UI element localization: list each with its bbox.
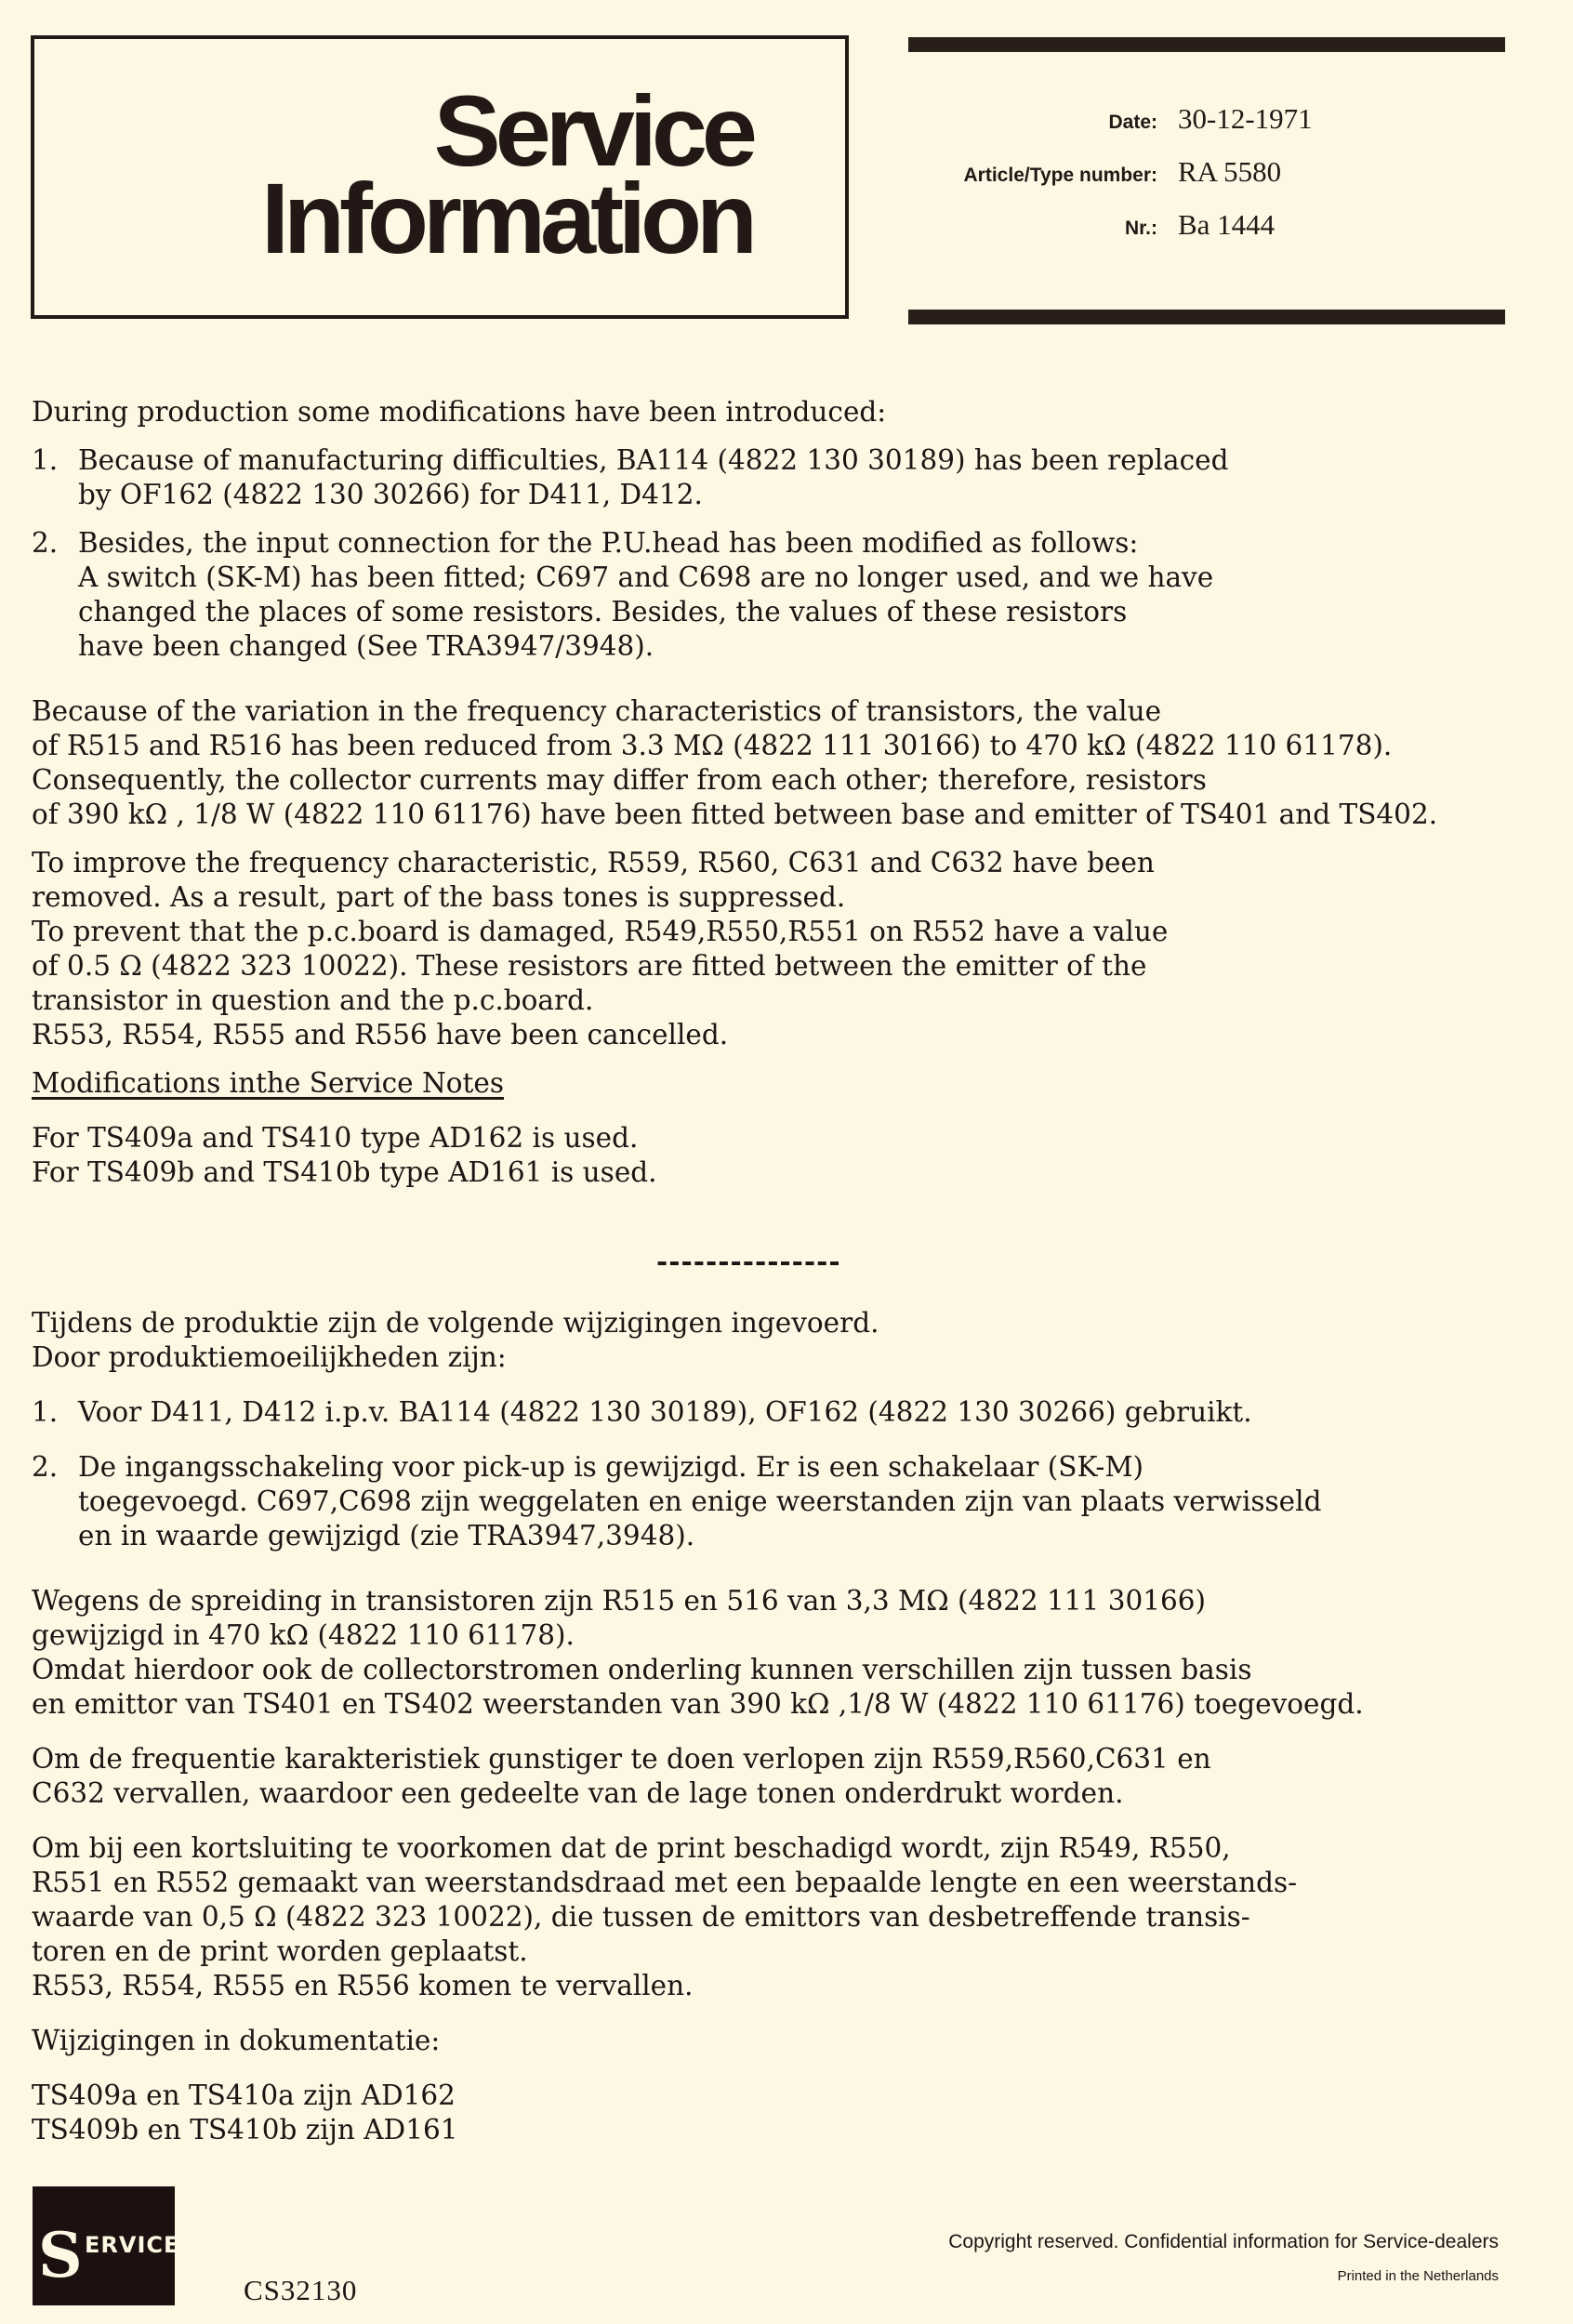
- item-text: Besides, the input connection for the P.…: [78, 526, 1213, 664]
- dutch-doc-lines: TS409a en TS410a zijn AD162 TS409b en TS…: [32, 2079, 1556, 2147]
- dutch-doc-heading: Wijzigingen in dokumentatie:: [32, 2024, 1556, 2058]
- section-separator: ---------------: [32, 1244, 1556, 1278]
- english-item-1: 1. Because of manufacturing difficulties…: [32, 443, 1556, 512]
- logo-text: ERVICE: [85, 2232, 179, 2258]
- dutch-para-transistors: Wegens de spreiding in transistoren zijn…: [32, 1584, 1556, 1722]
- english-notes-heading: Modifications inthe Service Notes: [32, 1066, 1556, 1101]
- english-item-2: 2. Besides, the input connection for the…: [32, 526, 1556, 664]
- english-notes-lines: For TS409a and TS410 type AD162 is used.…: [32, 1121, 1556, 1190]
- meta-value: RA 5580: [1178, 155, 1281, 189]
- document-title: Service Information: [261, 87, 752, 262]
- service-logo: S ERVICE: [33, 2186, 175, 2305]
- meta-label: Nr.:: [892, 218, 1178, 240]
- dutch-para-frequency: Om de frequentie karakteristiek gunstige…: [32, 1742, 1556, 1811]
- english-para-transistors: Because of the variation in the frequenc…: [32, 694, 1556, 832]
- title-line-information: Information: [261, 175, 752, 262]
- english-intro: During production some modifications hav…: [32, 395, 1556, 429]
- document-code: CS32130: [244, 2274, 357, 2307]
- printed-in: Printed in the Netherlands: [948, 2268, 1499, 2284]
- copyright-block: Copyright reserved. Confidential informa…: [948, 2231, 1499, 2284]
- header-rule-bottom: [908, 310, 1505, 324]
- meta-value: Ba 1444: [1178, 208, 1275, 242]
- item-number: 1.: [32, 443, 78, 512]
- dutch-intro: Tijdens de produktie zijn de volgende wi…: [32, 1306, 1556, 1375]
- title-box: Service Information: [31, 35, 849, 319]
- meta-label: Article/Type number:: [892, 165, 1178, 187]
- dutch-item-1: 1. Voor D411, D412 i.p.v. BA114 (4822 13…: [32, 1395, 1556, 1430]
- meta-label: Date:: [892, 112, 1178, 134]
- document-body: During production some modifications hav…: [32, 395, 1556, 2147]
- document-meta: Date: 30-12-1971 Article/Type number: RA…: [892, 102, 1543, 261]
- meta-date: Date: 30-12-1971: [892, 102, 1543, 155]
- header-rule-top: [908, 37, 1505, 52]
- meta-number: Nr.: Ba 1444: [892, 208, 1543, 261]
- item-number: 2.: [32, 1450, 78, 1553]
- copyright-notice: Copyright reserved. Confidential informa…: [948, 2231, 1499, 2253]
- item-text: De ingangsschakeling voor pick-up is gew…: [78, 1450, 1321, 1553]
- meta-value: 30-12-1971: [1178, 102, 1313, 136]
- item-text: Voor D411, D412 i.p.v. BA114 (4822 130 3…: [78, 1395, 1252, 1430]
- english-para-frequency: To improve the frequency characteristic,…: [32, 846, 1556, 1052]
- dutch-item-2: 2. De ingangsschakeling voor pick-up is …: [32, 1450, 1556, 1553]
- logo-initial: S: [38, 2227, 83, 2283]
- item-text: Because of manufacturing difficulties, B…: [78, 443, 1228, 512]
- dutch-para-short-circuit: Om bij een kortsluiting te voorkomen dat…: [32, 1831, 1556, 2003]
- item-number: 1.: [32, 1395, 78, 1430]
- meta-article-type: Article/Type number: RA 5580: [892, 155, 1543, 208]
- item-number: 2.: [32, 526, 78, 664]
